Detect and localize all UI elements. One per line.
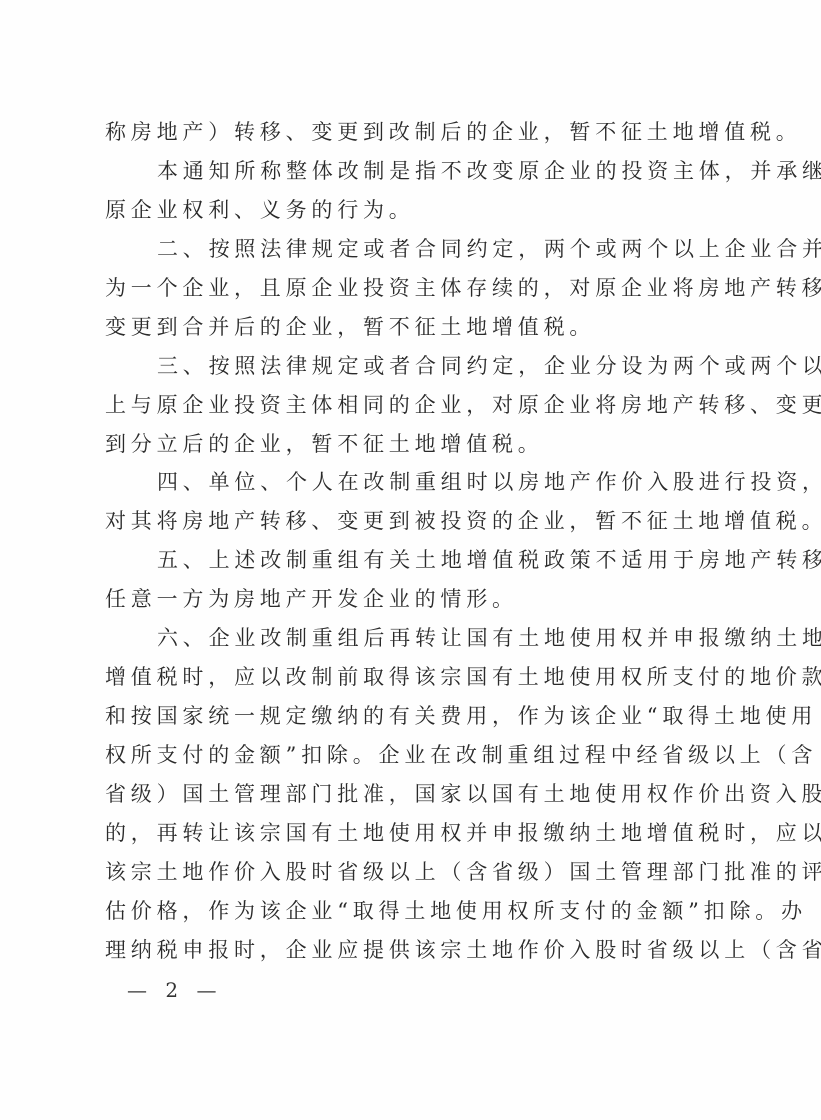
text-line: 和按国家统一规定缴纳的有关费用，作为该企业“取得土地使用: [105, 697, 705, 736]
document-body: 称房地产）转移、变更到改制后的企业，暂不征土地增值税。 本通知所称整体改制是指不…: [105, 113, 705, 970]
paragraph-start-line: 三、按照法律规定或者合同约定，企业分设为两个或两个以: [105, 347, 705, 386]
text-line: 原企业权利、义务的行为。: [105, 191, 705, 230]
text-line: 到分立后的企业，暂不征土地增值税。: [105, 425, 705, 464]
text-line: 该宗土地作价入股时省级以上（含省级）国土管理部门批准的评: [105, 853, 705, 892]
text-line: 为一个企业，且原企业投资主体存续的，对原企业将房地产转移、: [105, 269, 705, 308]
text-line: 称房地产）转移、变更到改制后的企业，暂不征土地增值税。: [105, 113, 705, 152]
text-line: 估价格，作为该企业“取得土地使用权所支付的金额”扣除。办: [105, 892, 705, 931]
paragraph-start-line: 本通知所称整体改制是指不改变原企业的投资主体，并承继: [105, 152, 705, 191]
paragraph-start-line: 四、单位、个人在改制重组时以房地产作价入股进行投资，: [105, 463, 705, 502]
document-page: 称房地产）转移、变更到改制后的企业，暂不征土地增值税。 本通知所称整体改制是指不…: [0, 0, 821, 1120]
text-line: 权所支付的金额”扣除。企业在改制重组过程中经省级以上（含: [105, 736, 705, 775]
paragraph-start-line: 五、上述改制重组有关土地增值税政策不适用于房地产转移: [105, 541, 705, 580]
text-line: 省级）国土管理部门批准，国家以国有土地使用权作价出资入股: [105, 775, 705, 814]
text-line: 理纳税申报时，企业应提供该宗土地作价入股时省级以上（含省: [105, 931, 705, 970]
text-line: 任意一方为房地产开发企业的情形。: [105, 580, 705, 619]
paragraph-start-line: 二、按照法律规定或者合同约定，两个或两个以上企业合并: [105, 230, 705, 269]
text-line: 对其将房地产转移、变更到被投资的企业，暂不征土地增值税。: [105, 502, 705, 541]
paragraph-start-line: 六、企业改制重组后再转让国有土地使用权并申报缴纳土地: [105, 619, 705, 658]
text-line: 上与原企业投资主体相同的企业，对原企业将房地产转移、变更: [105, 386, 705, 425]
text-line: 变更到合并后的企业，暂不征土地增值税。: [105, 308, 705, 347]
page-number: — 2 —: [127, 978, 222, 1002]
text-line: 的，再转让该宗国有土地使用权并申报缴纳土地增值税时，应以: [105, 814, 705, 853]
text-line: 增值税时，应以改制前取得该宗国有土地使用权所支付的地价款: [105, 658, 705, 697]
